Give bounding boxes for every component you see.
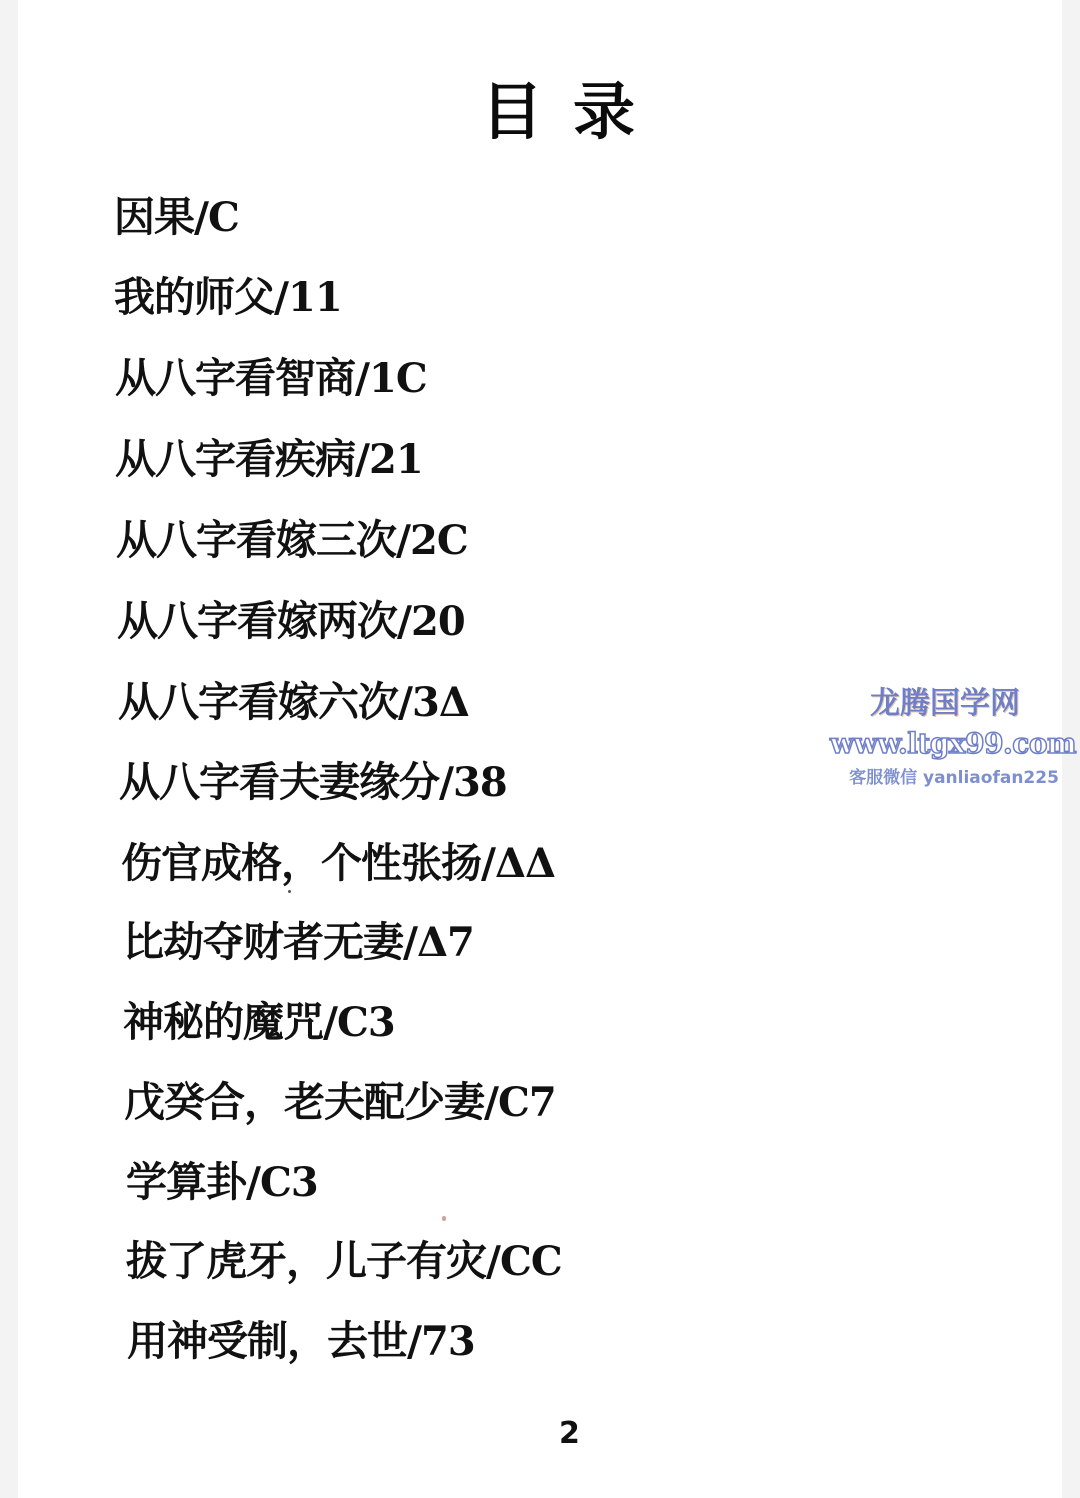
toc-entry: 从八字看嫁两次/20 <box>117 596 465 647</box>
page-number: 2 <box>559 1416 580 1451</box>
watermark-contact: 客服微信 yanliaofan225 <box>838 764 1070 792</box>
watermark-site-name: 龙腾国学网 <box>820 684 1070 724</box>
watermark-url: www.ltgx99.com <box>830 724 1070 764</box>
toc-entry-title: 比劫夺财者无妻/ <box>123 918 417 966</box>
toc-entry-title: 伤官成格，个性张扬/ <box>121 839 495 887</box>
scan-speck <box>288 890 291 893</box>
toc-entry-title: 从八字看嫁六次/ <box>118 678 412 726</box>
toc-entry: 伤官成格，个性张扬/ΔΔ <box>121 838 555 889</box>
toc-entry-title: 从八字看嫁三次/ <box>116 516 410 564</box>
toc-entry: 从八字看嫁三次/2C <box>116 515 468 566</box>
toc-entry-page: C3 <box>260 1159 318 1206</box>
toc-entry: 从八字看嫁六次/3Δ <box>118 677 469 728</box>
toc-entry-page: 2C <box>410 517 468 564</box>
toc-entry-page: 73 <box>421 1318 475 1365</box>
toc-entry-page: 11 <box>288 274 342 321</box>
toc-entry-page: C <box>208 194 239 241</box>
toc-entry: 我的师父/11 <box>114 272 342 323</box>
toc-entry: 学算卦/C3 <box>126 1157 318 1208</box>
toc-entry-page: ΔΔ <box>495 840 555 887</box>
toc-entry: 从八字看夫妻缘分/38 <box>119 757 507 808</box>
watermark: 龙腾国学网 www.ltgx99.com 客服微信 yanliaofan225 <box>820 684 1070 792</box>
toc-entry-title: 从八字看智商/ <box>115 354 369 402</box>
toc-entry-title: 拔了虎牙，儿子有灾/ <box>126 1237 500 1285</box>
toc-entry-title: 神秘的魔咒/ <box>123 998 337 1046</box>
toc-entry-page: 38 <box>453 759 507 806</box>
toc-entry: 神秘的魔咒/C3 <box>123 997 395 1048</box>
toc-entry-title: 从八字看疾病/ <box>115 435 369 483</box>
toc-entry: 比劫夺财者无妻/Δ7 <box>123 917 474 968</box>
toc-entry-page: 20 <box>411 598 465 645</box>
toc-entry-title: 因果/ <box>114 193 208 241</box>
toc-entry-page: C3 <box>337 999 395 1046</box>
toc-entry-title: 学算卦/ <box>126 1158 260 1206</box>
toc-entry: 因果/C <box>114 192 239 243</box>
toc-entry-page: C7 <box>498 1079 556 1126</box>
toc-entry: 用神受制，去世/73 <box>127 1316 475 1367</box>
toc-entry-title: 从八字看夫妻缘分/ <box>119 758 453 806</box>
toc-entry: 戊癸合，老夫配少妻/C7 <box>124 1077 556 1128</box>
toc-entry-title: 戊癸合，老夫配少妻/ <box>124 1078 498 1126</box>
toc-entry-title: 用神受制，去世/ <box>127 1317 421 1365</box>
toc-entry: 从八字看疾病/21 <box>115 434 423 485</box>
toc-entry-page: 21 <box>369 436 423 483</box>
toc-entry-page: CC <box>500 1238 562 1285</box>
toc-entry-title: 从八字看嫁两次/ <box>117 597 411 645</box>
scan-speck <box>442 1216 446 1221</box>
toc-entry: 拔了虎牙，儿子有灾/CC <box>126 1236 562 1287</box>
toc-entry-page: 1C <box>369 355 427 402</box>
toc-entry-page: 3Δ <box>412 679 469 726</box>
toc-entry-page: Δ7 <box>417 919 474 966</box>
toc-entry-title: 我的师父/ <box>114 273 288 321</box>
toc-entry: 从八字看智商/1C <box>115 353 427 404</box>
